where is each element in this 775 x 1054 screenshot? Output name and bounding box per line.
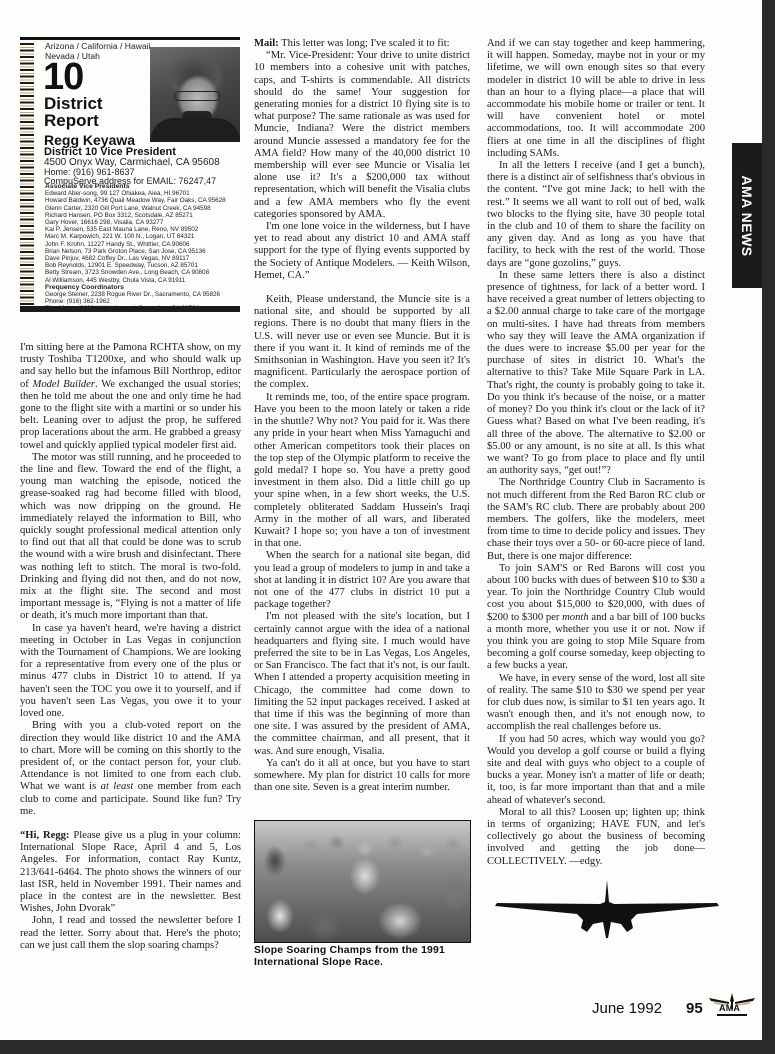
contact-entry: Betty Stream, 3723 Snowden Ave., Long Be… bbox=[45, 269, 240, 276]
article-paragraph: Moral to all this? Loosen up; lighten up… bbox=[487, 807, 705, 868]
article-paragraph: “Mr. Vice-President: Your drive to unite… bbox=[254, 50, 470, 221]
header-stripe-decoration bbox=[20, 43, 34, 305]
contact-entry: John F. Krohn, 11227 Handy St., Whittier… bbox=[45, 241, 240, 248]
article-paragraph: Mail: This letter was long; I've scaled … bbox=[254, 38, 470, 50]
header-bottom-rule bbox=[20, 306, 240, 312]
article-paragraph: I'm not pleased with the site's location… bbox=[254, 611, 470, 757]
article-paragraph: And if we can stay together and keep ham… bbox=[487, 38, 705, 160]
associate-list: Edward Aber-song, 99 127 Ohiakea, Aiea, … bbox=[45, 190, 240, 284]
author-contact: 4500 Onyx Way, Carmichael, CA 95608 Home… bbox=[44, 158, 220, 185]
lead-in: “Hi, Regg: bbox=[20, 830, 69, 841]
contact-entry: Phone: (916) 362-1962 bbox=[45, 298, 240, 305]
district-report-header: Arizona / California / Hawaii Nevada / U… bbox=[20, 37, 240, 329]
district-report-title: District Report bbox=[44, 95, 103, 129]
article-paragraph: Keith, Please understand, the Muncie sit… bbox=[254, 294, 470, 392]
article-paragraph: We have, in every sense of the word, los… bbox=[487, 673, 705, 734]
author-name: Regg Keyawa bbox=[44, 133, 135, 147]
contact-entry: Howard Baldwin, 4736 Quail Meadow Way, F… bbox=[45, 197, 240, 204]
article-paragraph: I'm sitting here at the Pamona RCHTA sho… bbox=[20, 342, 241, 452]
article-paragraph: The motor was still running, and he proc… bbox=[20, 452, 241, 623]
airplane-silhouette-icon bbox=[487, 880, 727, 940]
contact-entry: Bob Reynolds, 12901 E. Speedway, Tucson,… bbox=[45, 262, 240, 269]
contact-entry: Dave Pinjuv, 4682 Coffey Dr., Las Vegas,… bbox=[45, 255, 240, 262]
contact-entry: George Steiner, 2238 Rogue River Dr., Sa… bbox=[45, 291, 240, 298]
article-column-3: And if we can stay together and keep ham… bbox=[487, 38, 705, 868]
contact-entry: Brian Nelson, 73 Park Groton Place, San … bbox=[45, 248, 240, 255]
slope-soaring-champs-photo bbox=[254, 820, 471, 943]
contact-entry: Gary Hover, 16616 298, Visalia, CA 93277 bbox=[45, 219, 240, 226]
emphasis: Model Builder bbox=[33, 379, 96, 390]
contact-entry: Al Williamson, 445 Westby, Chula Vista, … bbox=[45, 277, 240, 284]
article-paragraph: “Hi, Regg: Please give us a plug in your… bbox=[20, 830, 241, 915]
article-paragraph: To join SAM'S or Red Barons will cost yo… bbox=[487, 563, 705, 673]
issue-date: June 1992 bbox=[592, 1000, 662, 1017]
author-portrait-image bbox=[150, 47, 240, 142]
ama-logo-icon: AMA bbox=[707, 992, 757, 1018]
associate-vp-list: Associate Vice Presidents Edward Aber-so… bbox=[45, 183, 240, 313]
article-paragraph: In these same letters there is also a di… bbox=[487, 270, 705, 477]
article-paragraph: It reminds me, too, of the entire space … bbox=[254, 392, 470, 551]
article-paragraph: If you had 50 acres, which way would you… bbox=[487, 734, 705, 807]
contact-entry: Kai P. Jensen, 535 East Mauna Lane, Reno… bbox=[45, 226, 240, 233]
portrait-mustache bbox=[182, 111, 212, 118]
emphasis: month bbox=[562, 612, 588, 623]
article-paragraph: The Northridge Country Club in Sacrament… bbox=[487, 477, 705, 562]
portrait-glasses bbox=[174, 91, 220, 101]
contact-entry: Glenn Carter, 2320 Gill Port Lane, Walnu… bbox=[45, 205, 240, 212]
article-column-2: Mail: This letter was long; I've scaled … bbox=[254, 38, 470, 794]
emphasis: at least bbox=[101, 781, 134, 792]
article-paragraph: Bring with you a club-voted report on th… bbox=[20, 720, 241, 818]
magazine-page: Arizona / California / Hawaii Nevada / U… bbox=[0, 0, 762, 1040]
portrait-shirt bbox=[150, 118, 240, 142]
page-number: 95 bbox=[686, 1000, 703, 1017]
header-top-rule bbox=[20, 37, 240, 40]
ama-news-side-tab: AMA NEWS bbox=[732, 143, 762, 288]
article-column-1: I'm sitting here at the Pamona RCHTA sho… bbox=[20, 342, 241, 952]
lead-in: Mail: bbox=[254, 38, 279, 49]
contact-entry: Edward Aber-song, 99 127 Ohiakea, Aiea, … bbox=[45, 190, 240, 197]
article-paragraph: Ya can't do it all at once, but you have… bbox=[254, 758, 470, 795]
contact-entry: Richard Hansen, PO Box 3312, Scotsdale, … bbox=[45, 212, 240, 219]
article-paragraph: When the search for a national site bega… bbox=[254, 550, 470, 611]
article-paragraph: In all the letters I receive (and I get … bbox=[487, 160, 705, 270]
article-paragraph: I'm one lone voice in the wilderness, bu… bbox=[254, 221, 470, 282]
article-paragraph: John, I read and tossed the newsletter b… bbox=[20, 915, 241, 952]
district-number: 10 bbox=[43, 59, 83, 95]
contact-entry: Marc M. Karpowich, 221 W. 100 N., Logan,… bbox=[45, 233, 240, 240]
photo-caption: Slope Soaring Champs from the 1991 Inter… bbox=[254, 945, 474, 969]
article-paragraph: In case ya haven't heard, we're having a… bbox=[20, 623, 241, 721]
